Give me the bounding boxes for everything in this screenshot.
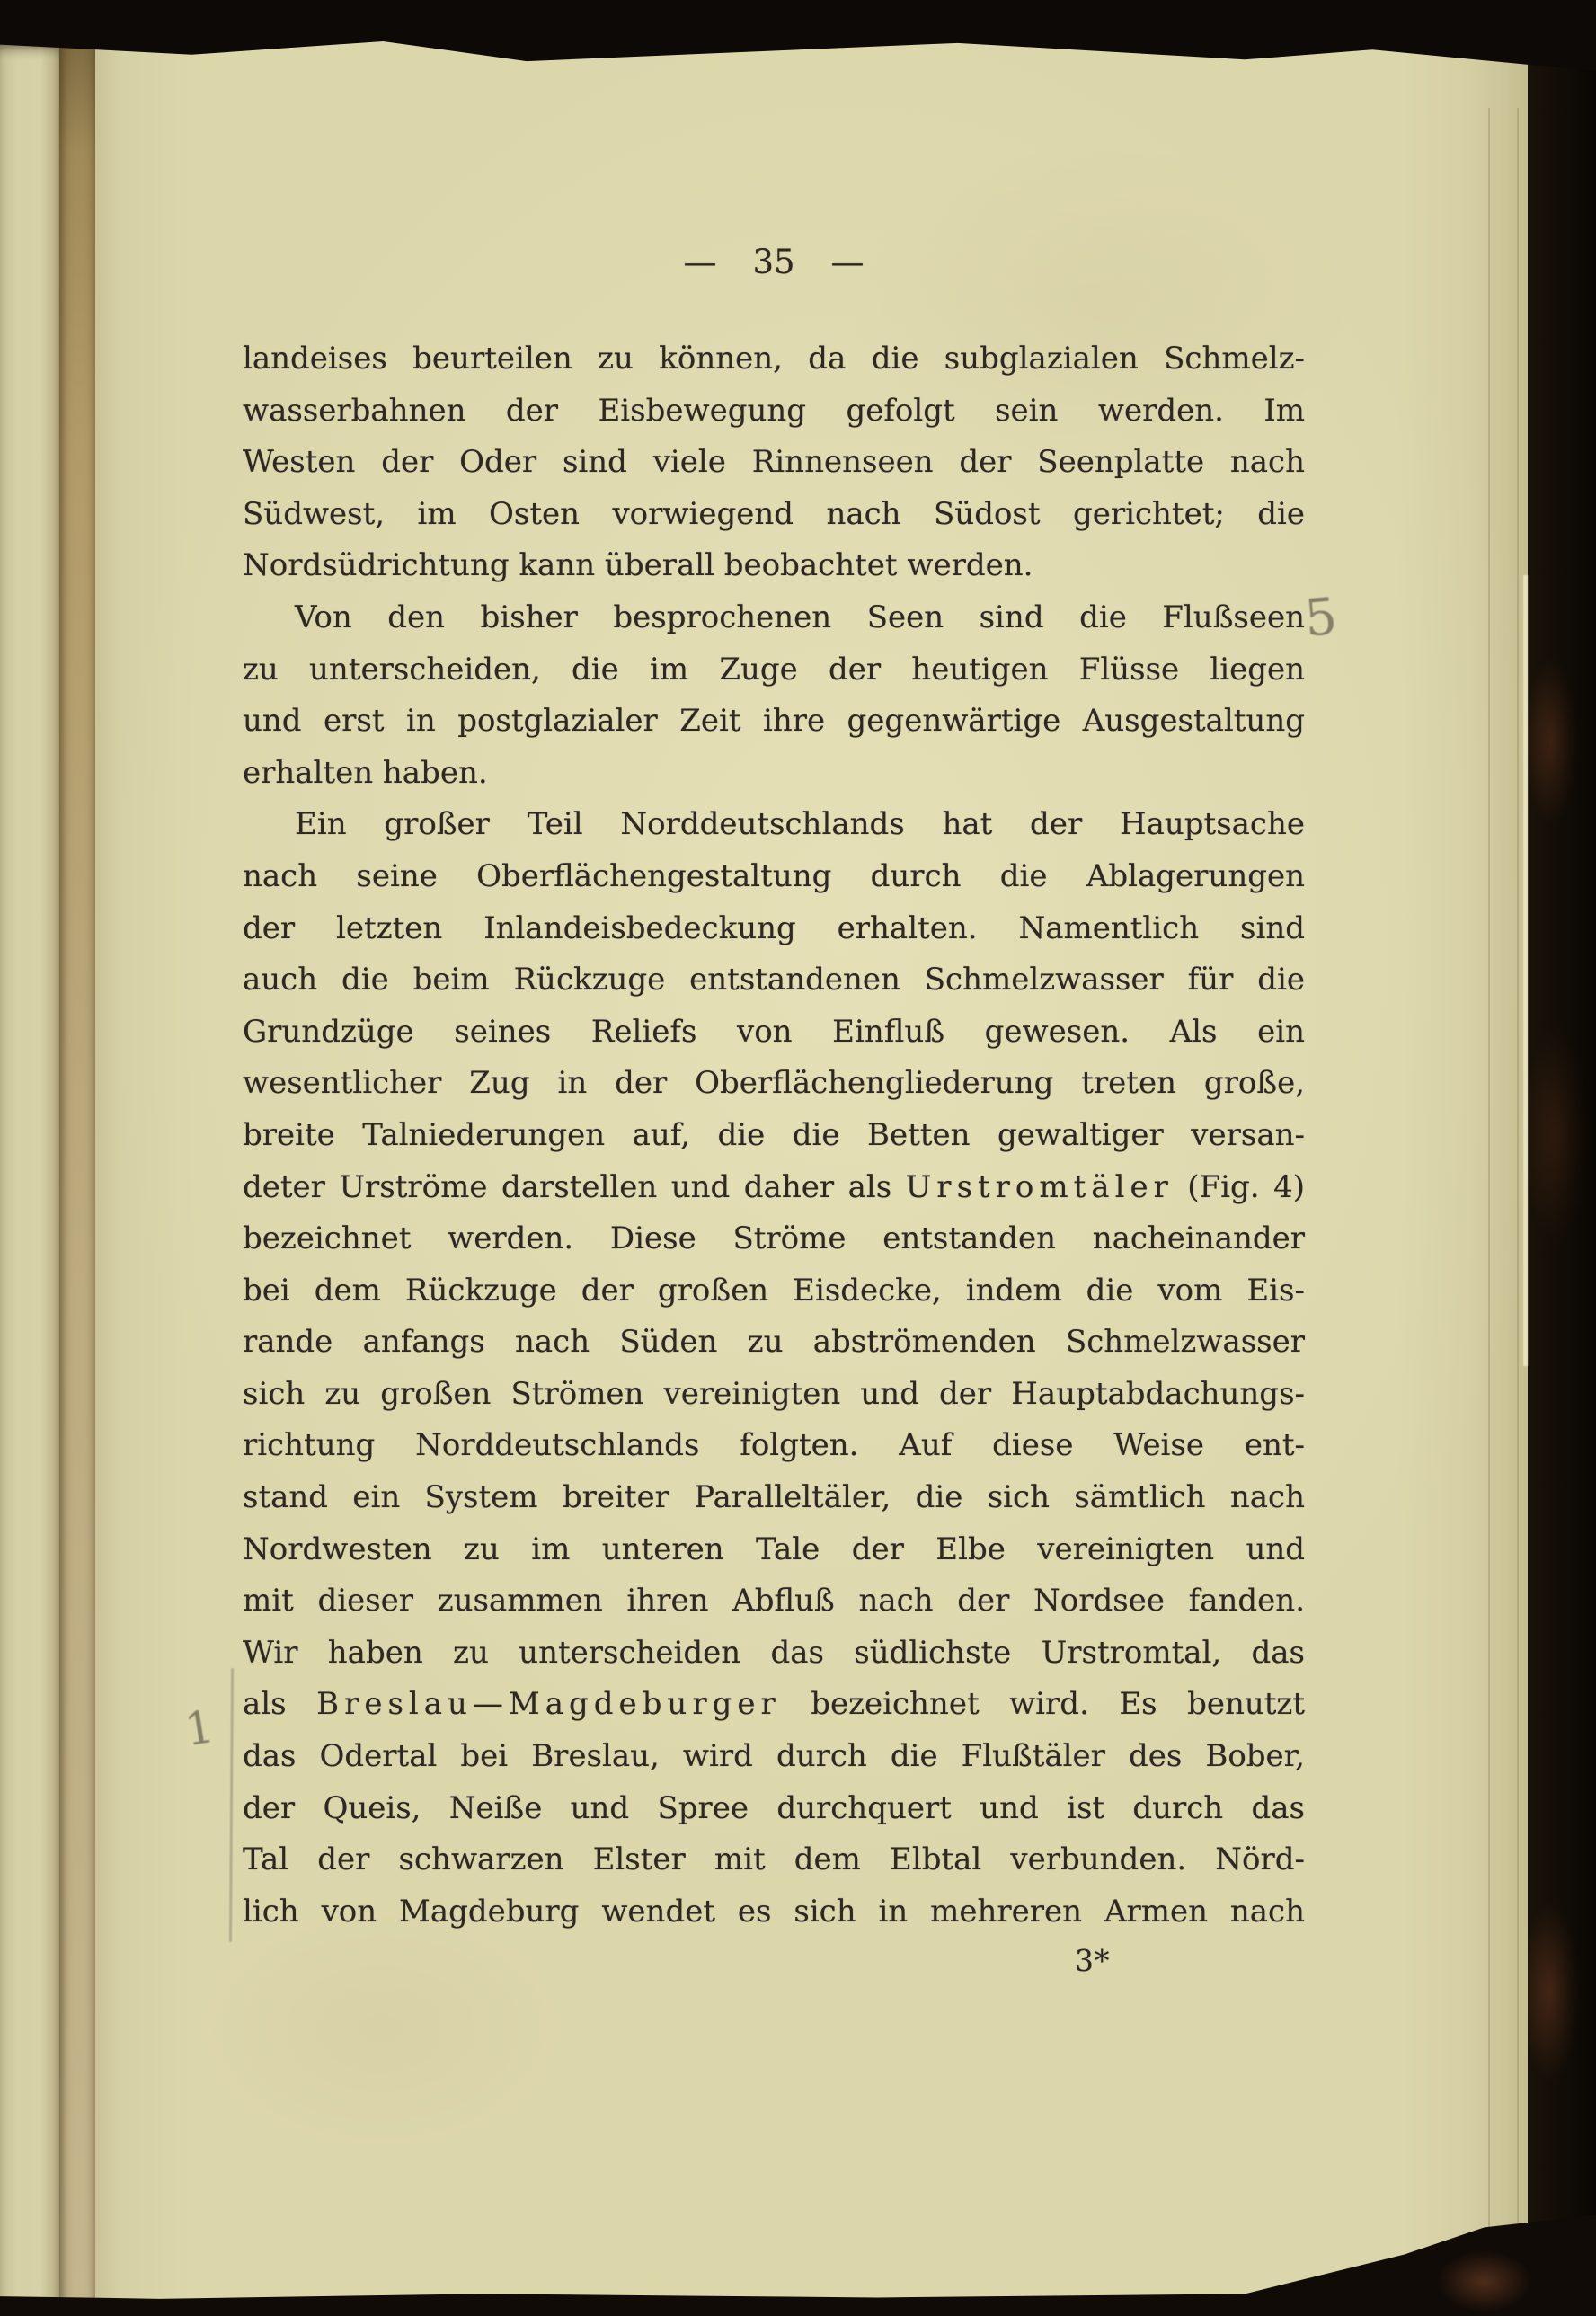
text-line: mit dieser zusammen ihren Abfluß nach de… (243, 1575, 1305, 1628)
header-dash-right: — (831, 243, 864, 281)
page-stack-line (1517, 108, 1519, 2265)
binding-gutter-shadow (59, 40, 95, 2316)
page-edge-highlight (1523, 575, 1528, 1366)
text-segment: breite Talniederungen auf, die die Bette… (243, 1117, 1305, 1153)
text-segment: als (243, 1686, 316, 1722)
text-line: rande anfangs nach Süden zu abströmenden… (243, 1317, 1305, 1369)
text-segment: Nordwesten zu im unteren Tale der Elbe v… (243, 1531, 1305, 1567)
text-segment: bei dem Rückzuge der großen Eisdecke, in… (243, 1273, 1305, 1309)
text-line: sich zu großen Strömen vereinigten und d… (243, 1369, 1305, 1421)
text-line: Westen der Oder sind viele Rinnenseen de… (243, 437, 1305, 489)
text-line: Ein großer Teil Norddeutschlands hat der… (243, 799, 1305, 851)
text-line: bezeichnet werden. Diese Ströme entstand… (243, 1213, 1305, 1265)
text-segment: bezeichnet wird. Es benutzt (781, 1686, 1305, 1722)
page-stack-line (1503, 108, 1504, 2265)
text-segment: Wir haben zu unterscheiden das südlichst… (243, 1635, 1305, 1671)
text-line: landeises beurteilen zu können, da die s… (243, 333, 1305, 386)
text-line: Südwest, im Osten vorwiegend nach Südost… (243, 489, 1305, 541)
text-segment: lich von Magdeburg wendet es sich in meh… (243, 1894, 1305, 1930)
text-line: der letzten Inlandeisbedeckung erhalten.… (243, 903, 1305, 955)
text-line: Tal der schwarzen Elster mit dem Elbtal … (243, 1834, 1305, 1886)
book-cover-right-edge (1528, 0, 1596, 2316)
text-line: der Queis, Neiße und Spree durchquert un… (243, 1783, 1305, 1835)
page-number: 35 (752, 243, 794, 281)
handwritten-margin-number-right: 5 (1302, 588, 1339, 649)
text-segment: deter Urströme darstellen und daher als (243, 1169, 906, 1205)
text-segment: sich zu großen Strömen vereinigten und d… (243, 1376, 1305, 1412)
text-segment: mit dieser zusammen ihren Abfluß nach de… (243, 1583, 1305, 1619)
text-segment: auch die beim Rückzuge entstandenen Schm… (243, 962, 1305, 998)
text-line: das Odertal bei Breslau, wird durch die … (243, 1731, 1305, 1783)
text-segment: Tal der schwarzen Elster mit dem Elbtal … (243, 1841, 1305, 1877)
text-segment: landeises beurteilen zu können, da die s… (243, 341, 1305, 377)
text-line: wasserbahnen der Eisbewegung gefolgt sei… (243, 386, 1305, 438)
text-segment: und erst in postglazialer Zeit ihre gege… (243, 703, 1305, 739)
text-segment: bezeichnet werden. Diese Ströme entstand… (243, 1220, 1305, 1256)
text-segment: erhalten haben. (243, 755, 488, 791)
text-segment: das Odertal bei Breslau, wird durch die … (243, 1738, 1305, 1774)
text-segment: richtung Norddeutschlands folgten. Auf d… (243, 1427, 1305, 1463)
text-line: auch die beim Rückzuge entstandenen Schm… (243, 954, 1305, 1007)
text-line: bei dem Rückzuge der großen Eisdecke, in… (243, 1265, 1305, 1318)
text-line: breite Talniederungen auf, die die Bette… (243, 1110, 1305, 1162)
scanned-book-page: —35— landeises beurteilen zu können, da … (0, 0, 1596, 2316)
text-line: Nordsüdrichtung kann überall beobachtet … (243, 540, 1305, 592)
letterspaced-term: Urstromtäler (906, 1169, 1174, 1205)
page-header: —35— (243, 243, 1305, 281)
text-segment: zu unterscheiden, die im Zuge der heutig… (243, 652, 1305, 688)
letterspaced-term: Breslau—Magdeburger (316, 1686, 781, 1722)
text-line: zu unterscheiden, die im Zuge der heutig… (243, 644, 1305, 697)
text-segment: Nordsüdrichtung kann überall beobachtet … (243, 547, 1033, 583)
text-segment: der Queis, Neiße und Spree durchquert un… (243, 1790, 1305, 1826)
text-segment: der letzten Inlandeisbedeckung erhalten.… (243, 910, 1305, 946)
text-segment: Von den bisher besprochenen Seen sind di… (295, 599, 1305, 635)
text-segment: Westen der Oder sind viele Rinnenseen de… (243, 444, 1305, 480)
text-line: lich von Magdeburg wendet es sich in meh… (243, 1886, 1305, 1939)
text-segment: rande anfangs nach Süden zu abströmenden… (243, 1324, 1305, 1360)
page-stack-line (1488, 108, 1490, 2265)
signature-mark: 3* (1075, 1943, 1111, 1978)
body-text: landeises beurteilen zu können, da die s… (243, 333, 1305, 1938)
text-segment: wasserbahnen der Eisbewegung gefolgt sei… (243, 393, 1305, 429)
text-segment: wesentlicher Zug in der Oberflächenglied… (243, 1065, 1305, 1101)
text-line: wesentlicher Zug in der Oberflächenglied… (243, 1058, 1305, 1110)
text-line: nach seine Oberflächengestaltung durch d… (243, 851, 1305, 903)
underlying-page-edge (0, 43, 61, 2316)
text-line: erhalten haben. (243, 748, 1305, 800)
text-line: als Breslau—Magdeburger bezeichnet wird.… (243, 1679, 1305, 1731)
text-segment: stand ein System breiter Paralleltäler, … (243, 1479, 1305, 1515)
text-line: stand ein System breiter Paralleltäler, … (243, 1472, 1305, 1524)
text-segment: (Fig. 4) (1174, 1169, 1305, 1205)
text-line: deter Urströme darstellen und daher als … (243, 1162, 1305, 1214)
text-line: Wir haben zu unterscheiden das südlichst… (243, 1628, 1305, 1680)
text-line: Grundzüge seines Reliefs von Einfluß gew… (243, 1007, 1305, 1059)
text-segment: nach seine Oberflächengestaltung durch d… (243, 858, 1305, 894)
text-line: Von den bisher besprochenen Seen sind di… (243, 592, 1305, 644)
text-line: und erst in postglazialer Zeit ihre gege… (243, 696, 1305, 748)
text-segment: Südwest, im Osten vorwiegend nach Südost… (243, 496, 1305, 532)
text-line: Nordwesten zu im unteren Tale der Elbe v… (243, 1524, 1305, 1576)
text-segment: Ein großer Teil Norddeutschlands hat der… (295, 806, 1305, 842)
text-line: richtung Norddeutschlands folgten. Auf d… (243, 1420, 1305, 1472)
text-segment: Grundzüge seines Reliefs von Einfluß gew… (243, 1014, 1305, 1050)
header-dash-left: — (683, 243, 716, 281)
